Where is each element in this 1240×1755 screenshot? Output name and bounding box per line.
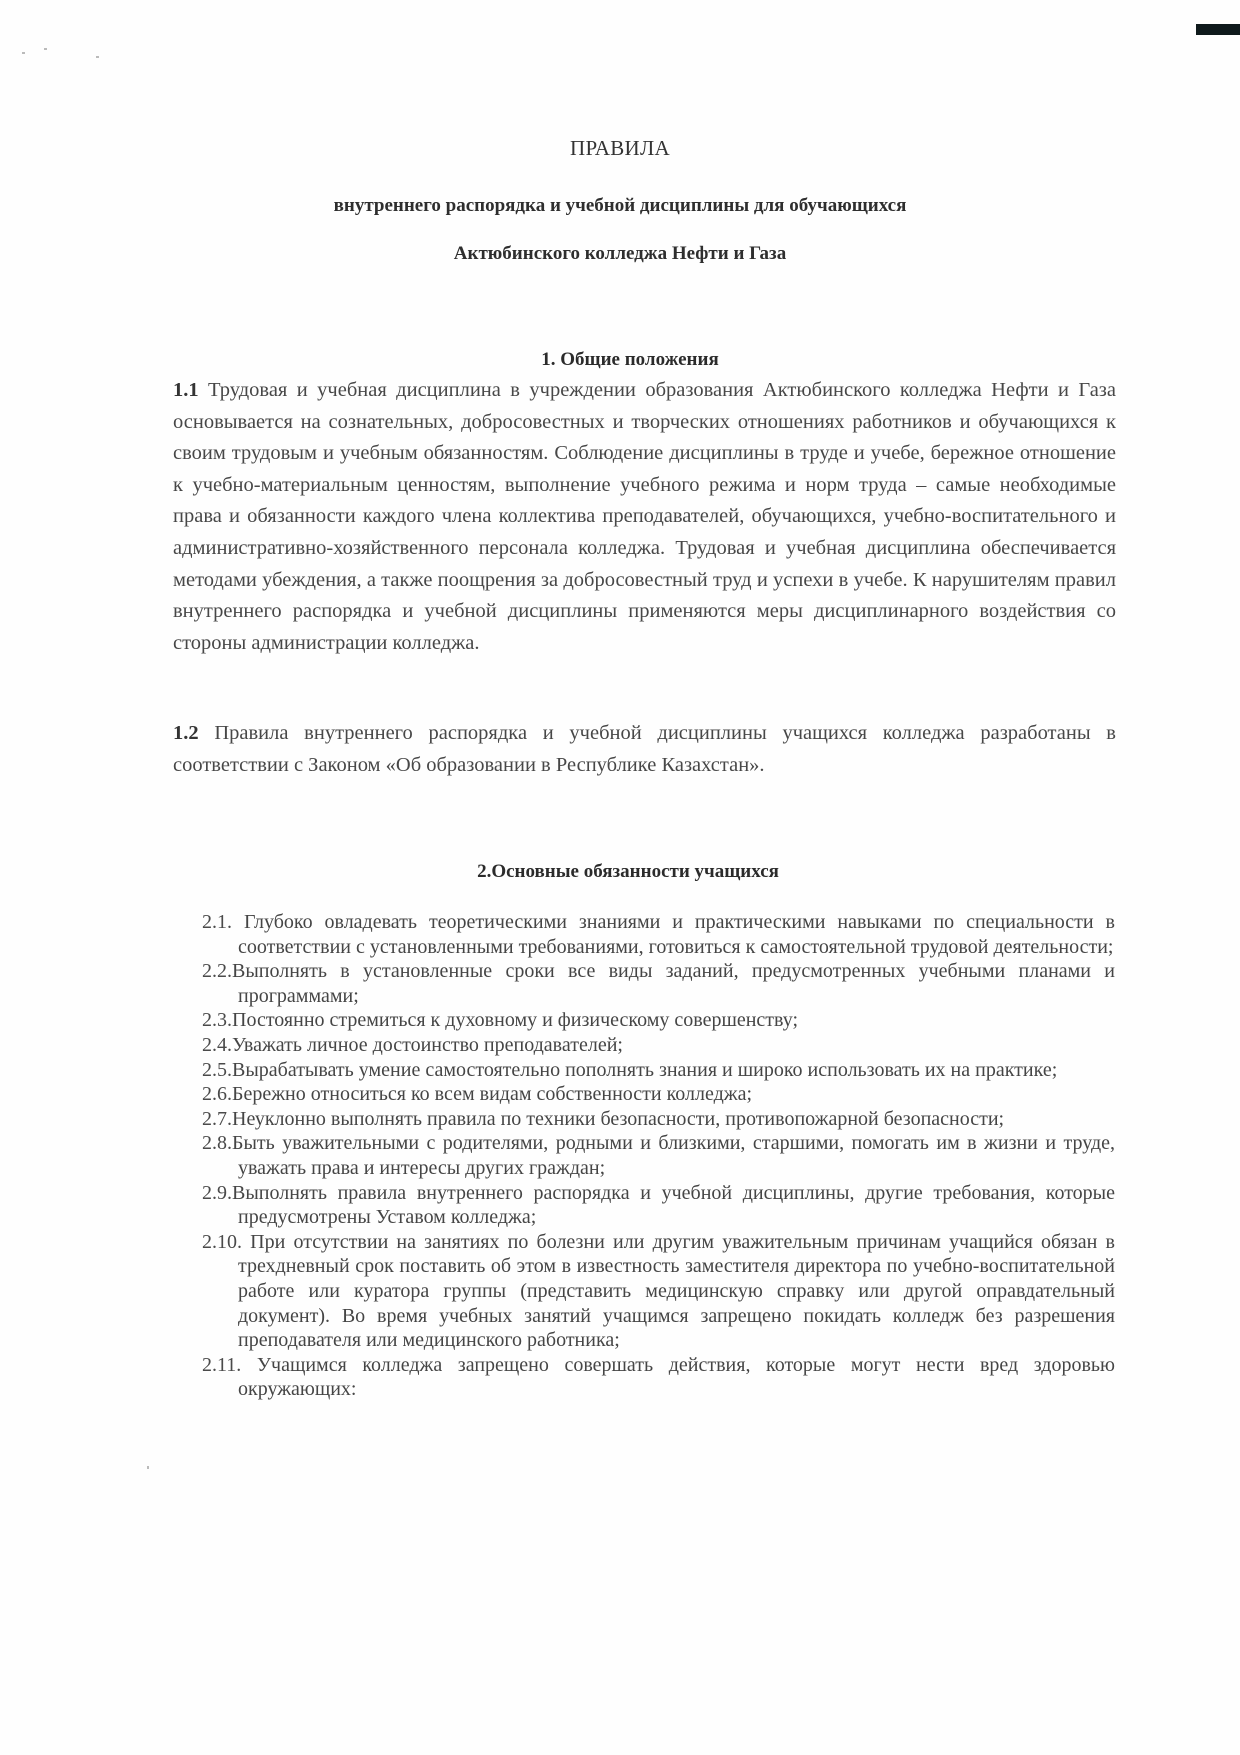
item-text: Бережно относиться ко всем видам собстве… bbox=[232, 1083, 752, 1105]
list-item: 2.11. Учащимся колледжа запрещено соверш… bbox=[202, 1353, 1115, 1402]
item-number: 2.8. bbox=[202, 1132, 232, 1154]
item-text: При отсутствии на занятиях по болезни ил… bbox=[238, 1231, 1115, 1351]
list-item: 2.6.Бережно относиться ко всем видам соб… bbox=[202, 1082, 1115, 1107]
paragraph-number: 1.1 bbox=[173, 379, 199, 401]
item-number: 2.9. bbox=[202, 1182, 232, 1204]
list-item: 2.4.Уважать личное достоинство преподава… bbox=[202, 1033, 1115, 1058]
paragraph-1-2: 1.2 Правила внутреннего распорядка и уче… bbox=[173, 718, 1116, 781]
document-subtitle-line2: Актюбинского колледжа Нефти и Газа bbox=[0, 243, 1240, 265]
paragraph-number: 1.2 bbox=[173, 722, 199, 744]
paragraph-text: Правила внутреннего распорядка и учебной… bbox=[173, 722, 1116, 776]
paragraph-1-1: 1.1 Трудовая и учебная дисциплина в учре… bbox=[173, 375, 1116, 659]
section-2-heading: 2.Основные обязанности учащихся bbox=[8, 861, 1240, 883]
item-number: 2.4. bbox=[202, 1034, 232, 1056]
item-number: 2.11. bbox=[202, 1354, 257, 1376]
item-text: Глубоко овладевать теоретическими знания… bbox=[238, 911, 1115, 958]
list-item: 2.7.Неуклонно выполнять правила по техни… bbox=[202, 1107, 1115, 1132]
item-number: 2.3. bbox=[202, 1009, 232, 1031]
item-text: Учащимся колледжа запрещено совершать де… bbox=[238, 1354, 1115, 1401]
list-item: 2.3.Постоянно стремиться к духовному и ф… bbox=[202, 1008, 1115, 1033]
item-number: 2.2. bbox=[202, 960, 232, 982]
item-text: Выполнять правила внутреннего распорядка… bbox=[232, 1182, 1115, 1229]
scan-speck bbox=[44, 48, 47, 50]
scan-speck bbox=[22, 52, 25, 54]
list-item: 2.8.Быть уважительными с родителями, род… bbox=[202, 1131, 1115, 1180]
item-number: 2.1. bbox=[202, 911, 244, 933]
item-text: Быть уважительными с родителями, родными… bbox=[232, 1132, 1115, 1179]
list-item: 2.5.Вырабатывать умение самостоятельно п… bbox=[202, 1058, 1115, 1083]
item-text: Выполнять в установленные сроки все виды… bbox=[232, 960, 1115, 1007]
scanned-document-page: ПРАВИЛА внутреннего распорядка и учебной… bbox=[0, 0, 1240, 1755]
document-title: ПРАВИЛА bbox=[0, 136, 1240, 161]
item-number: 2.5. bbox=[202, 1059, 232, 1081]
document-subtitle-line1: внутреннего распорядка и учебной дисципл… bbox=[0, 195, 1240, 217]
item-text: Постоянно стремиться к духовному и физич… bbox=[232, 1009, 798, 1031]
item-number: 2.6. bbox=[202, 1083, 232, 1105]
list-item: 2.2.Выполнять в установленные сроки все … bbox=[202, 959, 1115, 1008]
item-text: Уважать личное достоинство преподавателе… bbox=[232, 1034, 623, 1056]
scan-edge-mark bbox=[1196, 24, 1240, 35]
list-item: 2.10. При отсутствии на занятиях по боле… bbox=[202, 1230, 1115, 1353]
paragraph-text: Трудовая и учебная дисциплина в учрежден… bbox=[173, 379, 1116, 654]
list-item: 2.9.Выполнять правила внутреннего распор… bbox=[202, 1181, 1115, 1230]
item-number: 2.7. bbox=[202, 1108, 232, 1130]
section-1-heading: 1. Общие положения bbox=[10, 349, 1240, 371]
duties-list: 2.1. Глубоко овладевать теоретическими з… bbox=[202, 910, 1115, 1402]
item-text: Неуклонно выполнять правила по техники б… bbox=[232, 1108, 1004, 1130]
scan-speck bbox=[96, 56, 99, 58]
item-number: 2.10. bbox=[202, 1231, 250, 1253]
list-item: 2.1. Глубоко овладевать теоретическими з… bbox=[202, 910, 1115, 959]
item-text: Вырабатывать умение самостоятельно попол… bbox=[232, 1059, 1057, 1081]
scan-speck bbox=[147, 1466, 149, 1469]
